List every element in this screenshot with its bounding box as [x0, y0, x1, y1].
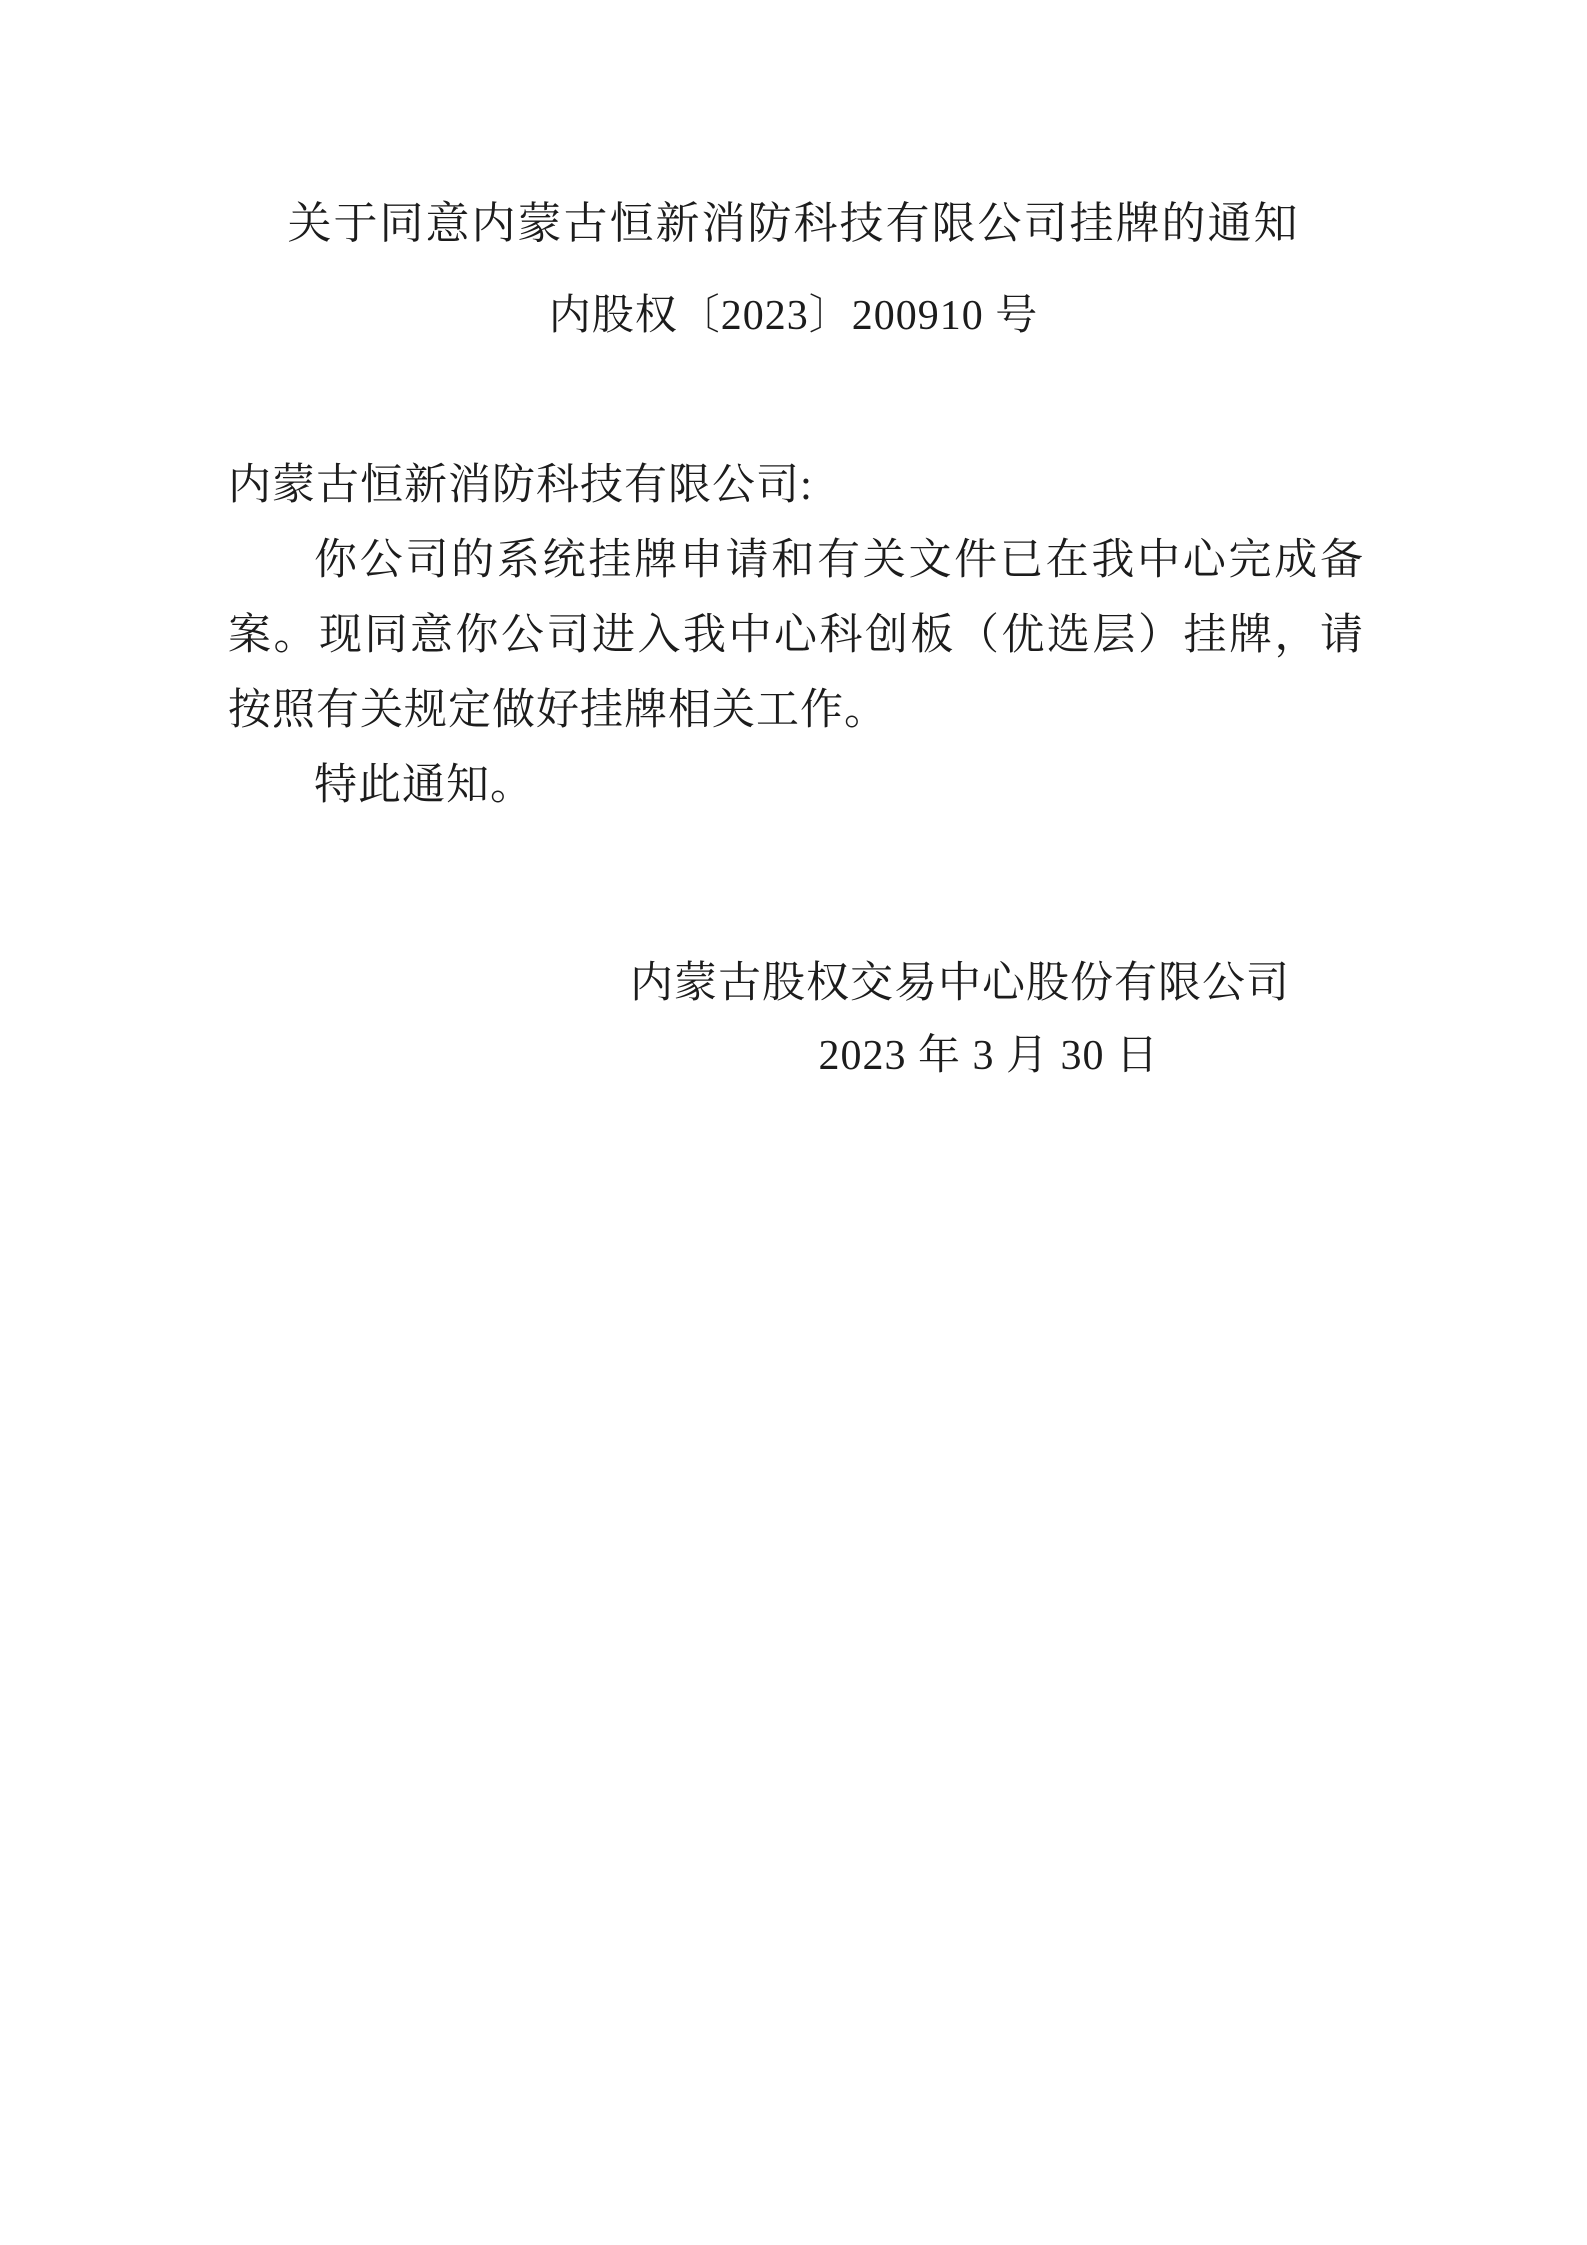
closing-line: 特此通知。: [228, 748, 1364, 823]
document-body: 内蒙古恒新消防科技有限公司: 你公司的系统挂牌申请和有关文件已在我中心完成备案。…: [228, 448, 1364, 823]
document-title: 关于同意内蒙古恒新消防科技有限公司挂牌的通知: [0, 198, 1587, 250]
recipient-line: 内蒙古恒新消防科技有限公司:: [228, 448, 1364, 523]
issuer-signature: 内蒙古股权交易中心股份有限公司: [630, 956, 1290, 1012]
body-paragraph: 你公司的系统挂牌申请和有关文件已在我中心完成备案。现同意你公司进入我中心科创板（…: [228, 523, 1364, 748]
notice-document-page: 关于同意内蒙古恒新消防科技有限公司挂牌的通知 内股权〔2023〕200910 号…: [0, 0, 1587, 2245]
document-reference-number: 内股权〔2023〕200910 号: [0, 291, 1587, 341]
issue-date: 2023 年 3 月 30 日: [818, 1028, 1159, 1084]
